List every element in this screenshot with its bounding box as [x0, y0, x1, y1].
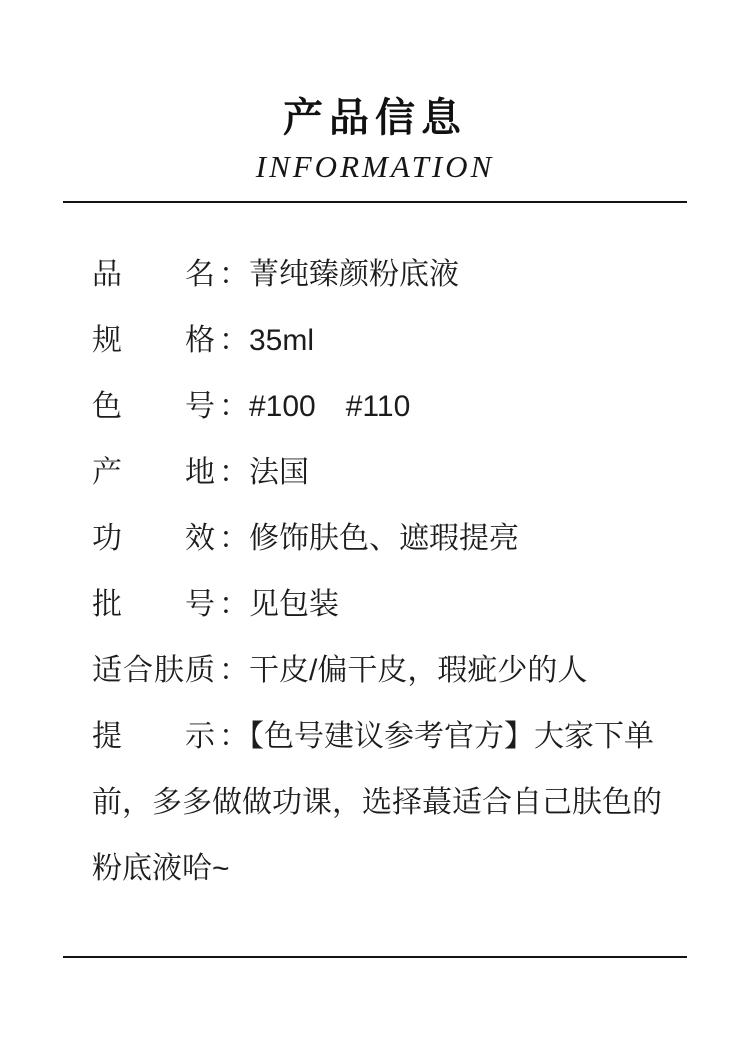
- note-paragraph: 提示：【色号建议参考官方】大家下单前，多多做做功课，选择蕞适合自己肤色的粉底液哈…: [92, 704, 678, 902]
- page-title: 产品信息: [0, 96, 750, 140]
- info-row-skin-type: 适合肤质：干皮/偏干皮，瑕疵少的人: [92, 638, 678, 704]
- info-row-label: 功效: [92, 506, 215, 572]
- info-row-colon: ：: [219, 324, 249, 357]
- bottom-divider: [63, 956, 687, 958]
- info-row-origin: 产地：法国: [92, 440, 678, 506]
- info-row-label: 品名: [92, 242, 215, 308]
- top-divider: [63, 201, 687, 203]
- info-row-value: #100 #110: [249, 390, 410, 423]
- info-row-value: 35ml: [249, 324, 314, 357]
- info-row-colon: ：: [219, 588, 249, 621]
- info-row-colon: ：: [219, 654, 249, 687]
- info-row-colon: ：: [219, 456, 249, 489]
- info-row-colon: ：: [219, 258, 249, 291]
- info-row-colon: ：: [219, 390, 249, 423]
- info-row-value: 干皮/偏干皮，瑕疵少的人: [249, 654, 587, 687]
- info-row-label: 色号: [92, 374, 215, 440]
- info-row-effect: 功效：修饰肤色、遮瑕提亮: [92, 506, 678, 572]
- note-colon: ：: [219, 720, 249, 753]
- info-row-label: 批号: [92, 572, 215, 638]
- info-row-product-name: 品名：菁纯臻颜粉底液: [92, 242, 678, 308]
- info-row-value: 见包装: [249, 588, 339, 621]
- info-row-value: 法国: [249, 456, 309, 489]
- info-row-label: 产地: [92, 440, 215, 506]
- info-row-value: 修饰肤色、遮瑕提亮: [249, 522, 519, 555]
- info-row-colon: ：: [219, 522, 249, 555]
- info-row-shade: 色号：#100 #110: [92, 374, 678, 440]
- info-row-value: 菁纯臻颜粉底液: [249, 258, 459, 291]
- note-label: 提示: [92, 704, 215, 770]
- page-subtitle: INFORMATION: [0, 148, 750, 186]
- info-row-volume: 规格：35ml: [92, 308, 678, 374]
- product-info-panel: 产品信息 INFORMATION 品名：菁纯臻颜粉底液 规格：35ml 色号：#…: [0, 0, 750, 1037]
- info-row-label: 适合肤质: [92, 638, 215, 704]
- product-info-list: 品名：菁纯臻颜粉底液 规格：35ml 色号：#100 #110 产地：法国 功效…: [92, 242, 678, 902]
- header: 产品信息 INFORMATION: [0, 0, 750, 186]
- info-row-batch: 批号：见包装: [92, 572, 678, 638]
- info-row-label: 规格: [92, 308, 215, 374]
